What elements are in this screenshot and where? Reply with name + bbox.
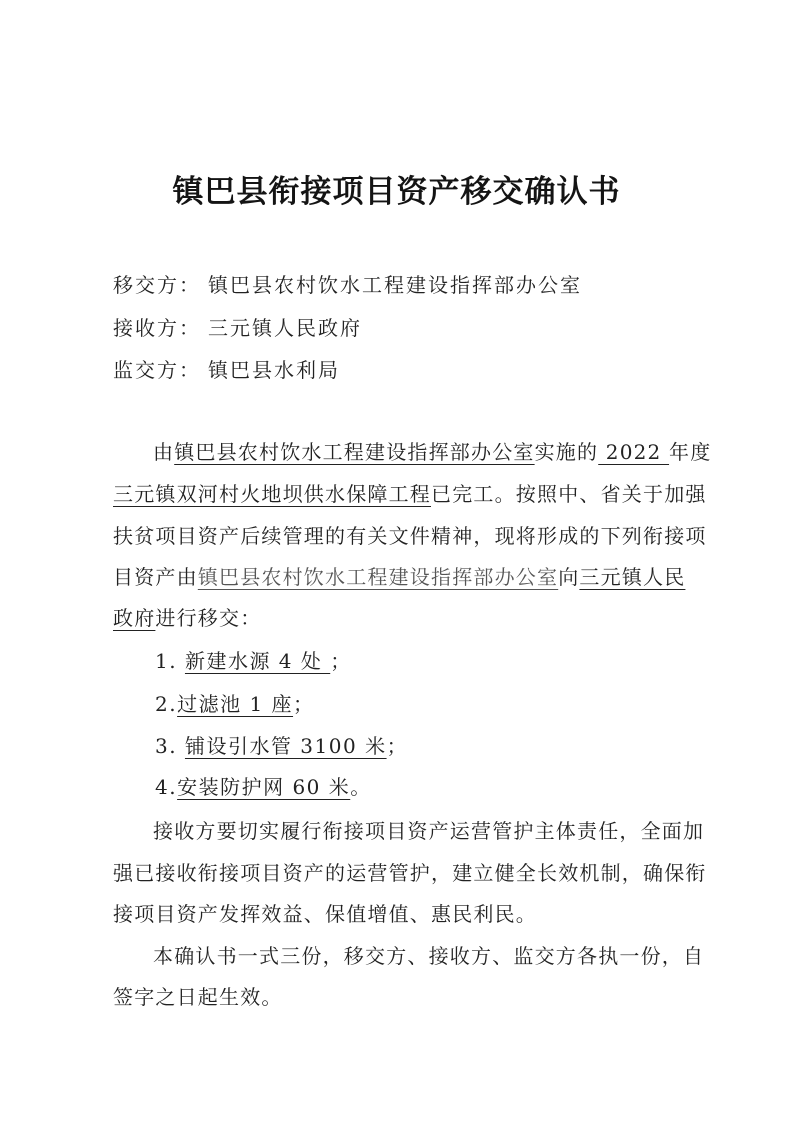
intro-line-3: 扶贫项目资产后续管理的有关文件精神，现将形成的下列衔接项 [113,520,707,549]
receiver-underlined: 政府 [113,606,155,630]
item-number: 3. [155,734,185,758]
closing-line-2: 签字之日起生效。 [113,981,283,1010]
item-punct: ； [293,692,315,716]
party-label: 接收方： [113,312,208,341]
item-number: 1. [155,649,185,673]
asset-item-3: 3. 铺设引水管 3100 米； [155,730,408,759]
item-text: 新建水源 4 处 [185,649,330,673]
text: 进行移交： [155,606,261,630]
year-underlined: 2022 [598,440,669,464]
transferor-underlined: 镇巴县农村饮水工程建设指挥部办公室 [174,440,534,464]
responsibility-line-2: 强已接收衔接项目资产的运营管护，建立健全长效机制，确保衔 [113,857,707,886]
intro-line-4: 目资产由镇巴县农村饮水工程建设指挥部办公室向三元镇人民 [113,561,685,590]
item-number: 2. [155,692,177,716]
item-text: 过滤池 1 座 [177,692,293,716]
document-page: 镇巴县衔接项目资产移交确认书 移交方：镇巴县农村饮水工程建设指挥部办公室 接收方… [0,0,793,1121]
party-transferor: 移交方：镇巴县农村饮水工程建设指挥部办公室 [113,269,582,298]
text: 目资产由 [113,565,198,589]
item-punct: ； [330,649,352,673]
party-value: 三元镇人民政府 [208,312,362,341]
project-underlined: 三元镇双河村火地坝供水保障工程 [113,482,431,506]
transferor-underlined: 镇巴县农村饮水工程建设指挥部办公室 [198,565,558,589]
responsibility-line-3: 接项目资产发挥效益、保值增值、惠民利民。 [113,898,537,927]
intro-line-2: 三元镇双河村火地坝供水保障工程已完工。按照中、省关于加强 [113,478,707,507]
text: 实施的 [535,440,599,464]
intro-line-5: 政府进行移交： [113,602,261,631]
responsibility-line-1: 接收方要切实履行衔接项目资产运营管护主体责任，全面加 [153,815,704,844]
text: 年度 [669,440,711,464]
receiver-underlined: 三元镇人民 [579,565,685,589]
item-punct: ； [387,734,409,758]
party-value: 镇巴县水利局 [208,354,340,383]
party-receiver: 接收方：三元镇人民政府 [113,312,362,341]
asset-item-4: 4.安装防护网 60 米。 [155,771,372,800]
document-title: 镇巴县衔接项目资产移交确认书 [0,166,793,211]
party-label: 监交方： [113,354,208,383]
asset-item-2: 2.过滤池 1 座； [155,688,315,717]
item-text: 安装防护网 60 米 [177,775,350,799]
party-value: 镇巴县农村饮水工程建设指挥部办公室 [208,269,582,298]
text: 向 [558,565,579,589]
text: 已完工。按照中、省关于加强 [431,482,707,506]
closing-line-1: 本确认书一式三份，移交方、接收方、监交方各执一份，自 [153,940,704,969]
text: 由 [153,440,174,464]
party-label: 移交方： [113,269,208,298]
item-number: 4. [155,775,177,799]
item-punct: 。 [350,775,372,799]
item-text: 铺设引水管 3100 米 [185,734,387,758]
asset-item-1: 1. 新建水源 4 处 ； [155,645,352,674]
intro-line-1: 由镇巴县农村饮水工程建设指挥部办公室实施的 2022 年度 [153,436,711,465]
party-supervisor: 监交方：镇巴县水利局 [113,354,340,383]
